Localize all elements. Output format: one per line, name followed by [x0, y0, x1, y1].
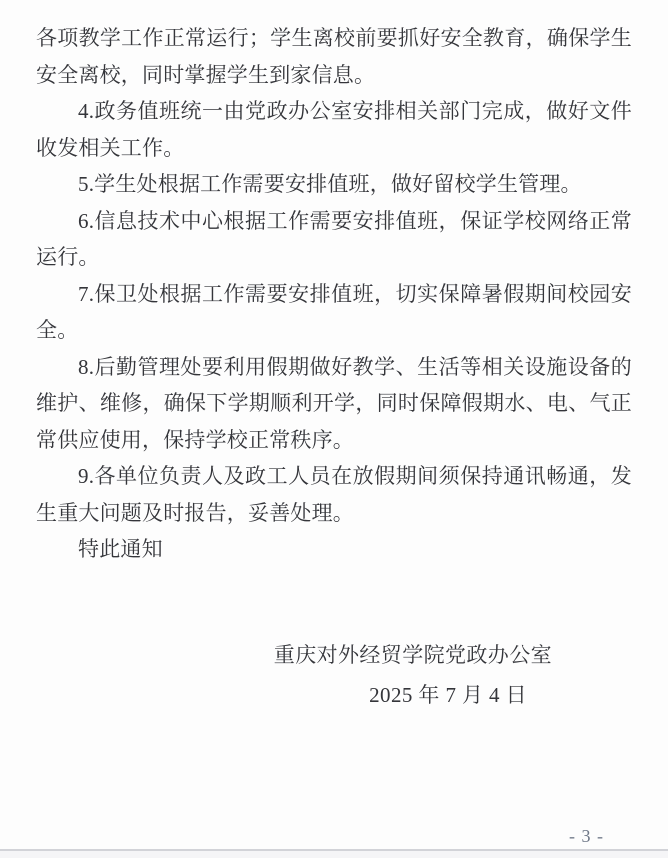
document-page: 各项教学工作正常运行；学生离校前要抓好安全教育，确保学生 安全离校，同时掌握学生… — [0, 0, 668, 858]
paragraph: 7.保卫处根据工作需要安排值班，切实保障暑假期间校园安 全。 — [36, 276, 632, 349]
paragraph: 4.政务值班统一由党政办公室安排相关部门完成，做好文件 收发相关工作。 — [36, 93, 632, 166]
body-line: 4.政务值班统一由党政办公室安排相关部门完成，做好文件 — [36, 93, 632, 130]
body-line: 生重大问题及时报告，妥善处理。 — [36, 495, 632, 532]
paragraph: 8.后勤管理处要利用假期做好教学、生活等相关设施设备的 维护、维修，确保下学期顺… — [36, 349, 632, 459]
paragraph: 各项教学工作正常运行；学生离校前要抓好安全教育，确保学生 安全离校，同时掌握学生… — [36, 20, 632, 93]
signature-block: 重庆对外经贸学院党政办公室 2025 年 7 月 4 日 — [36, 635, 632, 715]
body-line: 7.保卫处根据工作需要安排值班，切实保障暑假期间校园安 — [36, 276, 632, 313]
body-line: 维护、维修，确保下学期顺利开学，同时保障假期水、电、气正 — [36, 385, 632, 422]
body-line: 安全离校，同时掌握学生到家信息。 — [36, 57, 632, 94]
page-number: - 3 - — [569, 826, 604, 847]
body-line: 常供应使用，保持学校正常秩序。 — [36, 422, 632, 459]
body-line: 9.各单位负责人及政工人员在放假期间须保持通讯畅通，发 — [36, 458, 632, 495]
page-bottom-edge — [0, 849, 668, 858]
paragraph: 特此通知 — [36, 531, 632, 568]
body-line: 8.后勤管理处要利用假期做好教学、生活等相关设施设备的 — [36, 349, 632, 386]
body-line: 各项教学工作正常运行；学生离校前要抓好安全教育，确保学生 — [36, 20, 632, 57]
body-line: 全。 — [36, 312, 632, 349]
signature-org: 重庆对外经贸学院党政办公室 — [36, 635, 632, 675]
paragraph: 5.学生处根据工作需要安排值班，做好留校学生管理。 — [36, 166, 632, 203]
paragraph: 9.各单位负责人及政工人员在放假期间须保持通讯畅通，发 生重大问题及时报告，妥善… — [36, 458, 632, 531]
body-line: 5.学生处根据工作需要安排值班，做好留校学生管理。 — [36, 166, 632, 203]
body-line: 收发相关工作。 — [36, 130, 632, 167]
document-body: 各项教学工作正常运行；学生离校前要抓好安全教育，确保学生 安全离校，同时掌握学生… — [36, 20, 632, 715]
paragraph: 6.信息技术中心根据工作需要安排值班，保证学校网络正常 运行。 — [36, 203, 632, 276]
body-line: 运行。 — [36, 239, 632, 276]
body-line: 6.信息技术中心根据工作需要安排值班，保证学校网络正常 — [36, 203, 632, 240]
signature-date: 2025 年 7 月 4 日 — [36, 675, 632, 715]
closing-notice-line: 特此通知 — [36, 531, 632, 568]
